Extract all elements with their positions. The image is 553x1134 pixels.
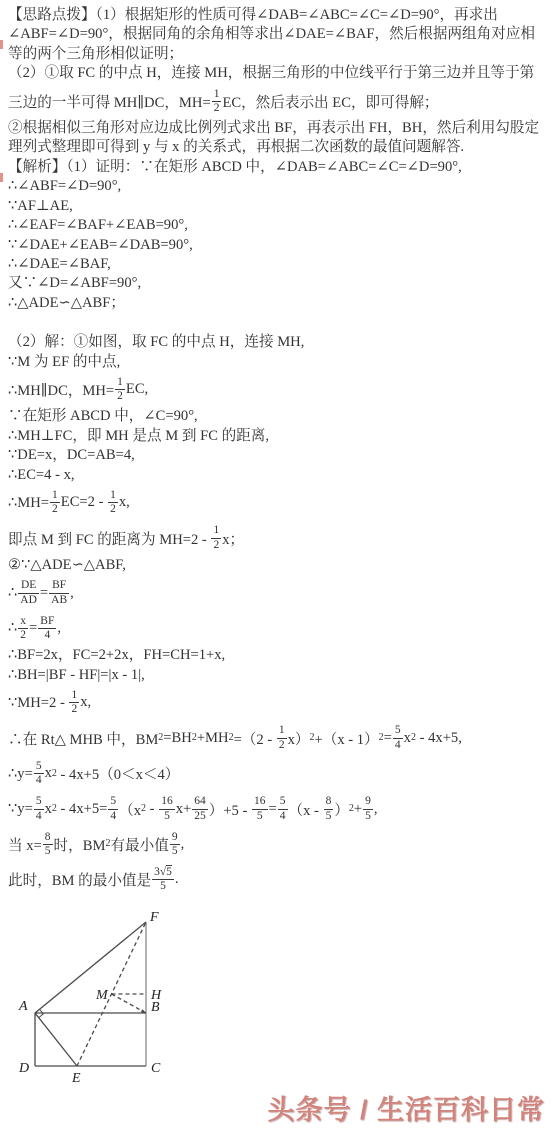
- math-line: ②∵△ADE∽△ABF,: [8, 556, 549, 575]
- math-line: ∵在矩形 ABCD 中，∠C=90°,: [8, 407, 549, 426]
- fraction: 54: [108, 795, 118, 822]
- math-text: ∴∠EAF=∠BAF+∠EAB=90°,: [8, 217, 188, 233]
- math-text: 【解析】（1）证明：∵在矩形 ABCD 中，∠DAB=∠ABC=∠C=∠D=90…: [8, 159, 462, 175]
- math-text: 有最小值: [110, 834, 168, 855]
- fraction: DEAD: [18, 579, 39, 606]
- red-artifact-mark: [0, 40, 3, 49]
- math-text: 又∵∠D=∠ABF=90°,: [8, 275, 141, 291]
- math-text: 理列式整理即可得到 y 与 x 的关系式，再根据二次函数的最值问题解答.: [8, 139, 464, 155]
- math-text: x；: [222, 528, 244, 549]
- fraction: x2: [18, 615, 28, 642]
- math-text: ∴MH∥DC，MH=: [8, 379, 114, 400]
- math-text: 【思路点拨】（1）根据矩形的性质可得∠DAB=∠ABC=∠C=∠D=90°，再求…: [8, 7, 498, 23]
- fraction: 12: [50, 489, 60, 516]
- math-text: x: [45, 801, 52, 818]
- math-text: +（x - 1）: [315, 728, 379, 749]
- math-line: 理列式整理即可得到 y 与 x 的关系式，再根据二次函数的最值问题解答.: [8, 138, 549, 157]
- math-text: ∴∠ABF=∠D=90°,: [8, 178, 121, 194]
- math-text: x）: [288, 728, 310, 749]
- math-text: 三边的一半可得 MH∥DC，MH=: [8, 91, 211, 112]
- math-text: ,: [374, 801, 378, 818]
- math-line: ∴BH=|BF - HF|=|x - 1|,: [8, 666, 549, 685]
- math-text: （x: [119, 799, 141, 820]
- math-text: -: [146, 801, 158, 818]
- math-text: .: [175, 871, 179, 888]
- math-text: ∴: [8, 619, 17, 637]
- math-line: ∵M 为 EF 的中点,: [8, 353, 549, 372]
- math-text: ,: [57, 620, 61, 637]
- math-text: x+: [176, 801, 192, 818]
- math-line: ∵y=54x2 - 4x+5=54（x2 - 165x+6425）+5 - 16…: [8, 791, 549, 826]
- fraction: 54: [34, 795, 44, 822]
- math-text: ∴: [8, 584, 17, 602]
- math-text: =: [29, 620, 37, 637]
- math-text: - 4x+5=: [57, 801, 108, 818]
- fraction: BF4: [38, 615, 56, 642]
- math-text: x,: [80, 694, 91, 711]
- red-artifact-mark: [0, 173, 3, 182]
- fraction: 165: [159, 795, 175, 822]
- math-line: ∴∠DAE=∠BAF,: [8, 255, 549, 274]
- solution-document: 【思路点拨】（1）根据矩形的性质可得∠DAB=∠ABC=∠C=∠D=90°，再求…: [8, 6, 549, 898]
- math-text: x: [404, 730, 411, 747]
- math-line: ∴∠EAF=∠BAF+∠EAB=90°,: [8, 216, 549, 235]
- math-line: ∵DE=x，DC=AB=4,: [8, 446, 549, 465]
- math-text: ∵MH=2 -: [8, 694, 68, 712]
- page: { "colors":{ "background":"#ffffff", "te…: [0, 0, 553, 1134]
- math-text: ∵在矩形 ABCD 中，∠C=90°,: [8, 408, 198, 424]
- math-line: ∴MH=12EC=2 - 12x,: [8, 485, 549, 520]
- fraction: 12: [108, 489, 118, 516]
- math-line: ∴△ADE∽△ABF；: [8, 294, 549, 313]
- math-text: ∵y=: [8, 800, 33, 818]
- fraction: 6425: [192, 795, 208, 822]
- geometry-diagram: FMHABDEC: [15, 900, 200, 1095]
- edge-AE: [35, 1013, 77, 1066]
- math-line: ∴BF=2x，FC=2+2x，FH=CH=1+x,: [8, 646, 549, 665]
- math-line: ∴EC=4 - x,: [8, 466, 549, 485]
- math-line: ∵AF⊥AE,: [8, 197, 549, 216]
- watermark: 头条号 / 生活百科日常: [267, 1088, 545, 1127]
- math-text: ∴MH=: [8, 494, 49, 512]
- math-line: ∵∠DAE+∠EAB=∠DAB=90°,: [8, 236, 549, 255]
- math-text: =BH: [163, 730, 192, 747]
- fraction: 54: [393, 724, 403, 751]
- fraction: 12: [211, 524, 221, 551]
- math-text: 时，BM: [54, 834, 106, 855]
- fraction: 12: [277, 724, 287, 751]
- fraction: 165: [252, 795, 268, 822]
- math-line: ∴x2=BF4,: [8, 611, 549, 646]
- math-text: ∵DE=x，DC=AB=4,: [8, 447, 135, 463]
- math-text: ）+5 -: [209, 799, 251, 820]
- math-text: ∵∠DAE+∠EAB=∠DAB=90°,: [8, 237, 193, 253]
- math-line: ∴MH∥DC，MH=12EC,: [8, 372, 549, 407]
- vertex-label-F: F: [149, 910, 159, 925]
- math-line: 当 x=85时，BM2有最小值95,: [8, 827, 549, 862]
- math-text: ②根据相似三角形对应边成比例列式求出 BF，再表示出 FH，BH，然后利用勾股定: [8, 120, 539, 136]
- math-text: 等的两个三角形相似证明；: [8, 46, 183, 62]
- math-text: ∴∠DAE=∠BAF,: [8, 256, 111, 272]
- fraction: 12: [69, 689, 79, 716]
- fraction: 85: [43, 831, 53, 858]
- math-text: EC,: [126, 381, 148, 398]
- dashed-edge-MB: [112, 994, 147, 1013]
- math-text: ∴在 Rt△ MHB 中，BM: [8, 728, 158, 749]
- math-line: ②根据相似三角形对应边成比例列式求出 BF，再表示出 FH，BH，然后利用勾股定: [8, 119, 549, 138]
- math-line: （2）①取 FC 的中点 H，连接 MH，根据三角形的中位线平行于第三边并且等于…: [8, 64, 549, 83]
- math-line: （2）解：①如图，取 FC 的中点 H，连接 MH,: [8, 333, 549, 352]
- math-text: ②∵△ADE∽△ABF,: [8, 557, 126, 573]
- math-text: ）: [334, 799, 349, 820]
- math-text: =: [384, 730, 392, 747]
- fraction: BFAB: [49, 579, 69, 606]
- math-text: 即点 M 到 FC 的距离为 MH=2 -: [8, 528, 210, 549]
- fraction: 95: [363, 795, 373, 822]
- math-text: ∴BH=|BF - HF|=|x - 1|,: [8, 667, 145, 683]
- math-text: （2）解：①如图，取 FC 的中点 H，连接 MH,: [8, 334, 304, 350]
- math-line: 此时，BM 的最小值是3√55.: [8, 862, 549, 897]
- math-line: 等的两个三角形相似证明；: [8, 45, 549, 64]
- math-text: EC，然后表示出 EC，即可得解；: [222, 91, 438, 112]
- math-text: =: [40, 585, 48, 602]
- math-line: 三边的一半可得 MH∥DC，MH=12EC，然后表示出 EC，即可得解；: [8, 84, 549, 119]
- math-text: ∴△ADE∽△ABF；: [8, 295, 125, 311]
- math-text: x: [45, 765, 52, 782]
- math-text: 当 x=: [8, 834, 42, 855]
- fraction: 54: [278, 795, 288, 822]
- math-text: - 4x+5,: [416, 730, 462, 747]
- math-text: 此时，BM 的最小值是: [8, 869, 151, 890]
- math-text: ,: [70, 585, 74, 602]
- math-text: ∴y=: [8, 765, 33, 783]
- math-text: =（2 -: [234, 728, 276, 749]
- math-text: （2）①取 FC 的中点 H，连接 MH，根据三角形的中位线平行于第三边并且等于…: [8, 65, 534, 81]
- math-line: ∴在 Rt△ MHB 中，BM2=BH2+MH2=（2 - 12x）2+（x -…: [8, 720, 549, 755]
- math-text: ∴MH⊥FC，即 MH 是点 M 到 FC 的距离,: [8, 428, 269, 444]
- vertex-label-C: C: [151, 1061, 161, 1076]
- math-text: +MH: [197, 730, 229, 747]
- math-text: - 4x+5（0＜x＜4）: [57, 763, 180, 784]
- fraction: 54: [34, 760, 44, 787]
- fraction: 12: [115, 376, 125, 403]
- vertex-label-B: B: [151, 1000, 160, 1015]
- math-text: ∠ABF=∠D=90°，根据同角的余角相等求出∠DAE=∠BAF，然后根据两组角…: [8, 26, 535, 42]
- edge-AF: [35, 922, 146, 1013]
- math-text: （x -: [289, 799, 323, 820]
- math-line: ∵MH=2 - 12x,: [8, 685, 549, 720]
- math-text: ,: [181, 836, 185, 853]
- math-text: ∵AF⊥AE,: [8, 198, 73, 214]
- math-text: EC=2 -: [61, 494, 107, 511]
- math-line: 【解析】（1）证明：∵在矩形 ABCD 中，∠DAB=∠ABC=∠C=∠D=90…: [8, 158, 549, 177]
- sqrt-fraction: 3√55: [152, 866, 174, 893]
- vertex-label-D: D: [18, 1061, 29, 1076]
- math-line: ∠ABF=∠D=90°，根据同角的余角相等求出∠DAE=∠BAF，然后根据两组角…: [8, 25, 549, 44]
- math-text: =: [269, 801, 277, 818]
- math-line: 又∵∠D=∠ABF=90°,: [8, 274, 549, 293]
- math-text: ∵M 为 EF 的中点,: [8, 354, 120, 370]
- math-line: 【思路点拨】（1）根据矩形的性质可得∠DAB=∠ABC=∠C=∠D=90°，再求…: [8, 6, 549, 25]
- fraction: 95: [170, 831, 180, 858]
- vertex-label-A: A: [18, 999, 28, 1014]
- fraction: 85: [324, 795, 334, 822]
- math-line: ∴MH⊥FC，即 MH 是点 M 到 FC 的距离,: [8, 427, 549, 446]
- math-text: ∴EC=4 - x,: [8, 467, 75, 483]
- math-text: ∴BF=2x，FC=2+2x，FH=CH=1+x,: [8, 647, 225, 663]
- math-line: 即点 M 到 FC 的距离为 MH=2 - 12x；: [8, 520, 549, 555]
- vertex-label-M: M: [95, 988, 109, 1003]
- math-text: x,: [119, 494, 130, 511]
- math-line: ∴y=54x2 - 4x+5（0＜x＜4）: [8, 756, 549, 791]
- math-text: +: [354, 801, 362, 818]
- fraction: 12: [212, 88, 222, 115]
- math-line: ∴DEAD=BFAB,: [8, 575, 549, 610]
- math-line: ∴∠ABF=∠D=90°,: [8, 177, 549, 196]
- vertex-label-E: E: [71, 1071, 81, 1086]
